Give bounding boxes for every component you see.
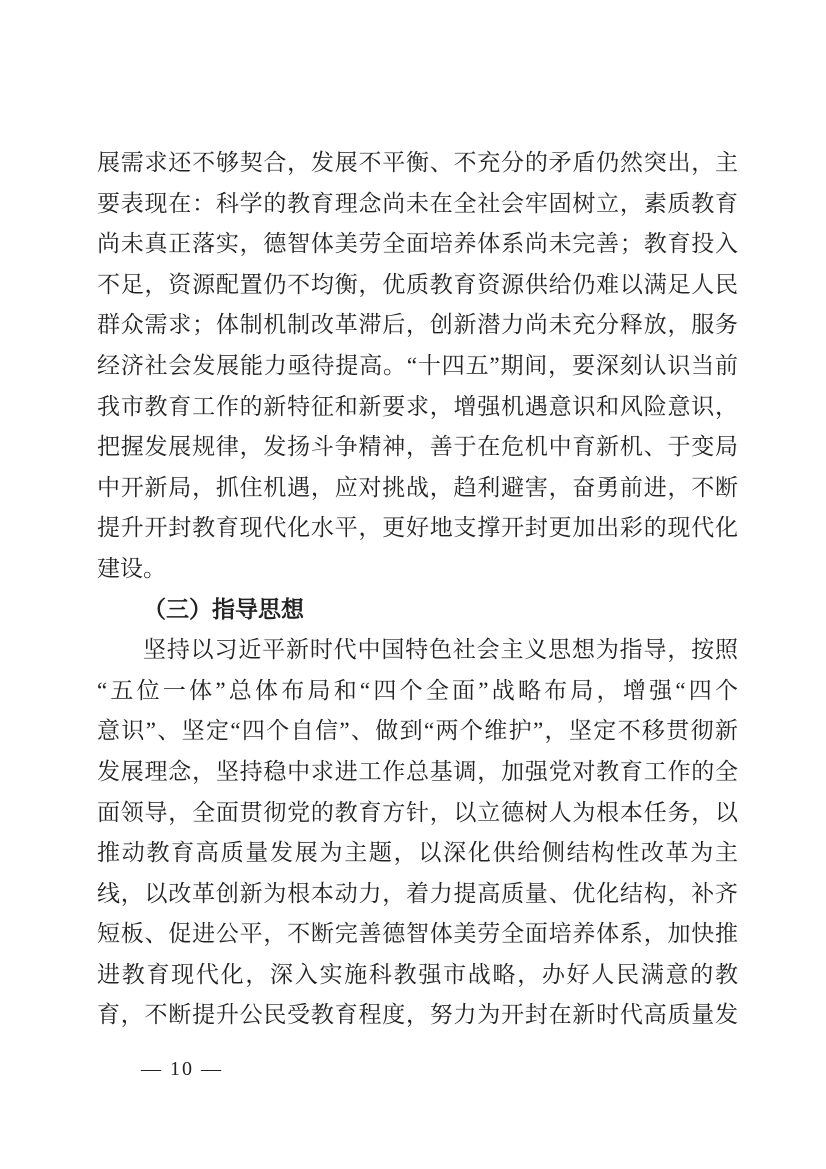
text-line: 意识”、坚定“四个自信”、做到“两个维护”，坚定不移贯彻新 — [97, 711, 738, 752]
text-line: 我市教育工作的新特征和新要求，增强机遇意识和风险意识， — [97, 387, 738, 428]
text-line: 建设。 — [97, 549, 738, 590]
text-line: “五位一体”总体布局和“四个全面”战略布局，增强“四个 — [97, 671, 738, 712]
document-text-block: 展需求还不够契合，发展不平衡、不充分的矛盾仍然突出，主 要表现在：科学的教育理念… — [97, 143, 738, 1036]
text-line: 短板、促进公平，不断完善德智体美劳全面培养体系，加快推 — [97, 914, 738, 955]
text-line: 坚持以习近平新时代中国特色社会主义思想为指导，按照 — [97, 630, 738, 671]
text-line: 推动教育高质量发展为主题，以深化供给侧结构性改革为主 — [97, 833, 738, 874]
text-line: 面领导，全面贯彻党的教育方针，以立德树人为根本任务，以 — [97, 793, 738, 834]
document-page: 展需求还不够契合，发展不平衡、不充分的矛盾仍然突出，主 要表现在：科学的教育理念… — [0, 0, 826, 1169]
text-line: 发展理念，坚持稳中求进工作总基调，加强党对教育工作的全 — [97, 752, 738, 793]
page-number: — 10 — — [141, 1056, 223, 1082]
text-line: 要表现在：科学的教育理念尚未在全社会牢固树立，素质教育 — [97, 184, 738, 225]
section-heading: （三）指导思想 — [97, 590, 738, 631]
text-line: 线，以改革创新为根本动力，着力提高质量、优化结构，补齐 — [97, 874, 738, 915]
text-line: 中开新局，抓住机遇，应对挑战，趋利避害，奋勇前进，不断 — [97, 468, 738, 509]
text-line: 把握发展规律，发扬斗争精神，善于在危机中育新机、于变局 — [97, 427, 738, 468]
text-line: 提升开封教育现代化水平，更好地支撑开封更加出彩的现代化 — [97, 508, 738, 549]
text-line: 群众需求；体制机制改革滞后，创新潜力尚未充分释放，服务 — [97, 305, 738, 346]
text-line: 尚未真正落实，德智体美劳全面培养体系尚未完善；教育投入 — [97, 224, 738, 265]
text-line: 进教育现代化，深入实施科教强市战略，办好人民满意的教 — [97, 955, 738, 996]
text-line: 经济社会发展能力亟待提高。“十四五”期间，要深刻认识当前 — [97, 346, 738, 387]
text-line: 展需求还不够契合，发展不平衡、不充分的矛盾仍然突出，主 — [97, 143, 738, 184]
text-line: 育，不断提升公民受教育程度，努力为开封在新时代高质量发 — [97, 995, 738, 1036]
text-line: 不足，资源配置仍不均衡，优质教育资源供给仍难以满足人民 — [97, 265, 738, 306]
